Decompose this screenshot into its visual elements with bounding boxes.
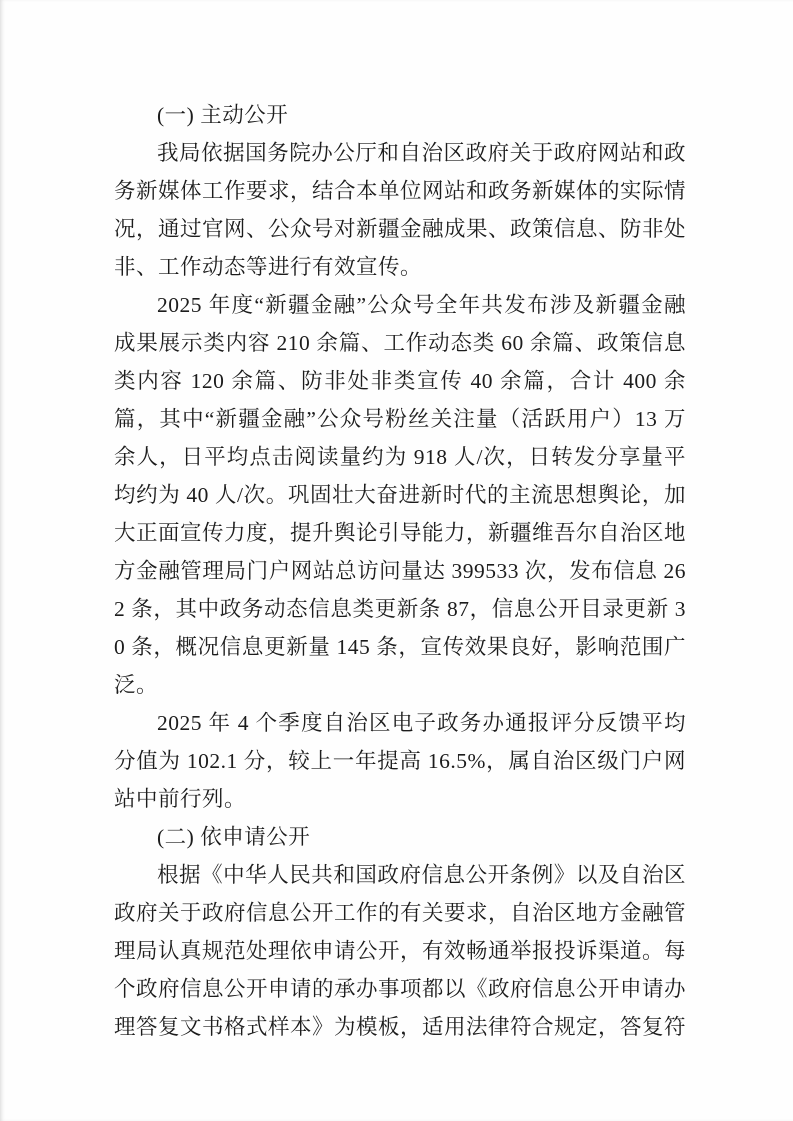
document-page: (一) 主动公开 我局依据国务院办公厅和自治区政府关于政府网站和政务新媒体工作要… [0,0,793,1121]
section-heading-active-disclosure: (一) 主动公开 [114,96,686,134]
paragraph-active-disclosure-overview: 我局依据国务院办公厅和自治区政府关于政府网站和政务新媒体工作要求，结合本单位网站… [114,134,686,286]
paragraph-publication-statistics: 2025 年度“新疆金融”公众号全年共发布涉及新疆金融成果展示类内容 210 余… [114,286,686,704]
section-heading-disclosure-upon-request: (二) 依申请公开 [114,818,686,856]
paragraph-egov-score: 2025 年 4 个季度自治区电子政务办通报评分反馈平均分值为 102.1 分，… [114,704,686,818]
paragraph-upon-request-handling: 根据《中华人民共和国政府信息公开条例》以及自治区政府关于政府信息公开工作的有关要… [114,856,686,1046]
document-body: (一) 主动公开 我局依据国务院办公厅和自治区政府关于政府网站和政务新媒体工作要… [114,96,686,1046]
